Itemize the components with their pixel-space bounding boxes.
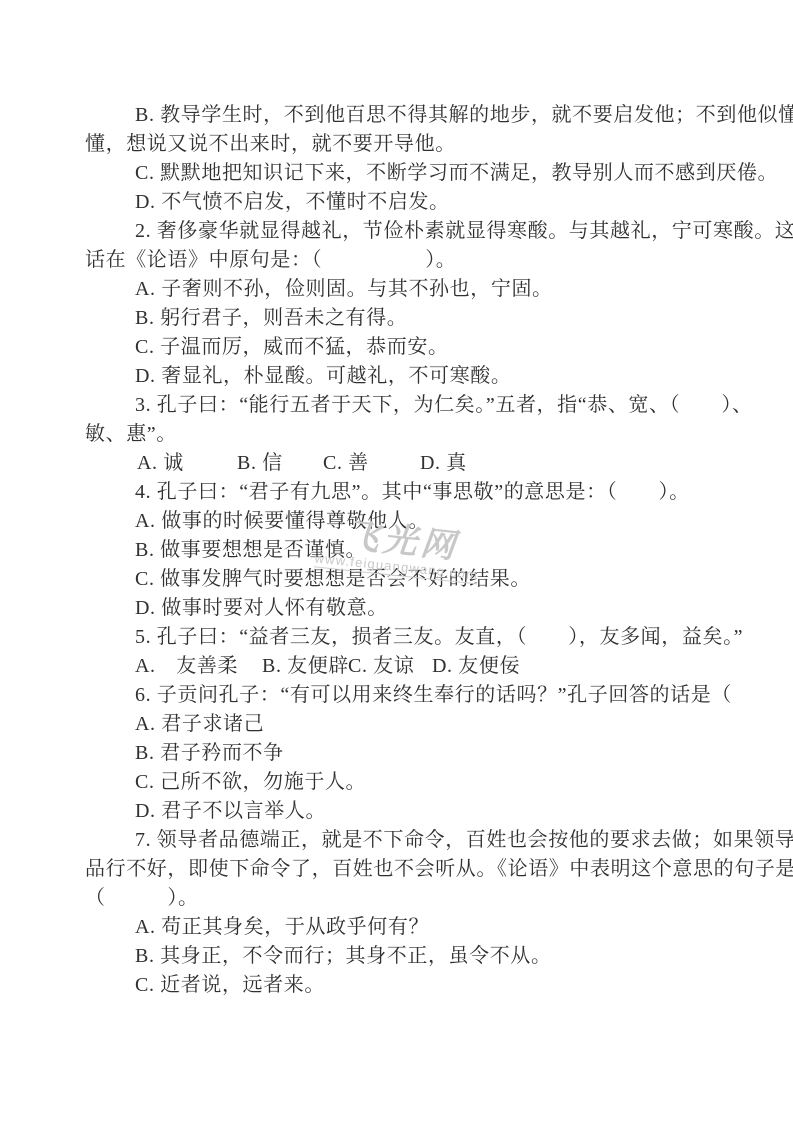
q7-stem-line3: （ ）。 [85, 884, 733, 913]
q5-option-b: B. 友便辟 [262, 652, 349, 681]
q5-options-row: A. 友善柔 B. 友便辟 C. 友谅 D. 友便佞 [85, 652, 733, 681]
q1-option-d: D. 不气愤不启发，不懂时不启发。 [85, 188, 733, 217]
q4-option-a: A. 做事的时候要懂得尊敬他人。 [85, 507, 733, 536]
q2-stem-line2: 话在《论语》中原句是：（ ）。 [85, 246, 733, 275]
q7-stem-line1: 7. 领导者品德端正，就是不下命令，百姓也会按他的要求去做；如果领导者 [85, 826, 733, 855]
q6-option-d: D. 君子不以言举人。 [85, 797, 733, 826]
q3-options-row: A. 诚 B. 信 C. 善 D. 真 [85, 449, 733, 478]
q7-option-a: A. 苟正其身矣，于从政乎何有？ [85, 913, 733, 942]
q5-option-c: C. 友谅 [348, 652, 414, 681]
q6-option-a: A. 君子求诸己 [85, 710, 733, 739]
q3-option-a: A. 诚 [137, 449, 184, 478]
worksheet-text-block: B. 教导学生时，不到他百思不得其解的地步，就不要启发他；不到他似懂非 懂，想说… [85, 101, 733, 1000]
q4-option-b: B. 做事要想想是否谨慎。 [85, 536, 733, 565]
q4-stem: 4. 孔子曰：“君子有九思”。其中“事思敬”的意思是：（ ）。 [85, 478, 733, 507]
worksheet-page: B. 教导学生时，不到他百思不得其解的地步，就不要启发他；不到他似懂非 懂，想说… [0, 0, 793, 1122]
q7-option-c: C. 近者说，远者来。 [85, 971, 733, 1000]
q1-option-c: C. 默默地把知识记下来，不断学习而不满足，教导别人而不感到厌倦。 [85, 159, 733, 188]
q4-option-c: C. 做事发脾气时要想想是否会不好的结果。 [85, 565, 733, 594]
q2-option-d: D. 奢显礼，朴显酸。可越礼，不可寒酸。 [85, 362, 733, 391]
q4-option-d: D. 做事时要对人怀有敬意。 [85, 594, 733, 623]
q1-option-b-line2: 懂，想说又说不出来时，就不要开导他。 [85, 130, 733, 159]
q6-option-c: C. 己所不欲，勿施于人。 [85, 768, 733, 797]
q2-option-c: C. 子温而厉，威而不猛，恭而安。 [85, 333, 733, 362]
q7-option-b: B. 其身正，不令而行；其身不正，虽令不从。 [85, 942, 733, 971]
q3-option-d: D. 真 [420, 449, 467, 478]
q3-option-b: B. 信 [237, 449, 283, 478]
q5-option-d: D. 友便佞 [432, 652, 520, 681]
q3-stem-line2: 敏、惠”。 [85, 420, 733, 449]
q3-option-c: C. 善 [323, 449, 369, 478]
q2-stem-line1: 2. 奢侈豪华就显得越礼，节俭朴素就显得寒酸。与其越礼，宁可寒酸。这句 [85, 217, 733, 246]
q3-stem-line1: 3. 孔子曰：“能行五者于天下，为仁矣。”五者，指“恭、宽、（ ）、 [85, 391, 733, 420]
q7-stem-line2: 品行不好，即使下命令了，百姓也不会听从。《论语》中表明这个意思的句子是 [85, 855, 733, 884]
q5-option-a: A. 友善柔 [135, 652, 238, 681]
q5-stem: 5. 孔子曰：“益者三友，损者三友。友直，（ ），友多闻，益矣。” [85, 623, 733, 652]
q1-option-b-line1: B. 教导学生时，不到他百思不得其解的地步，就不要启发他；不到他似懂非 [85, 101, 733, 130]
q6-stem: 6. 子贡问孔子：“有可以用来终生奉行的话吗？”孔子回答的话是（ ）。 [85, 681, 733, 710]
q6-option-b: B. 君子矜而不争 [85, 739, 733, 768]
q2-option-b: B. 躬行君子，则吾未之有得。 [85, 304, 733, 333]
q2-option-a: A. 子奢则不孙，俭则固。与其不孙也，宁固。 [85, 275, 733, 304]
